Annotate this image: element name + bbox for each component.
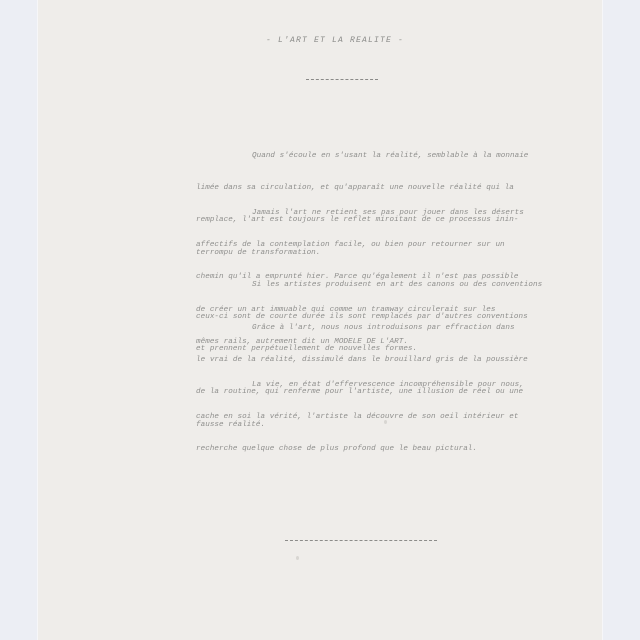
title-underline-divider <box>306 79 378 80</box>
paper-speck <box>296 556 299 560</box>
paragraph-line: Si les artistes produisent en art des ca… <box>196 280 542 291</box>
paragraph-line: La vie, en état d'effervescence incompré… <box>196 380 524 391</box>
typewritten-page: - L'ART ET LA REALITE - Quand s'écoule e… <box>38 0 602 640</box>
paper-speck <box>384 420 387 424</box>
document-title: - L'ART ET LA REALITE - <box>266 36 404 47</box>
paragraph-line: cache en soi la vérité, l'artiste la déc… <box>196 412 524 423</box>
paragraph-line: Grâce à l'art, nous nous introduisons pa… <box>196 323 528 334</box>
paragraph-line: Quand s'écoule en s'usant la réalité, se… <box>196 151 528 162</box>
paragraph-5: La vie, en état d'effervescence incompré… <box>196 358 524 477</box>
paragraph-line: affectifs de la contemplation facile, ou… <box>196 240 524 251</box>
closing-dashed-divider <box>285 540 437 541</box>
paragraph-line: Jamais l'art ne retient ses pas pour jou… <box>196 208 524 219</box>
paragraph-line: recherche quelque chose de plus profond … <box>196 444 524 455</box>
scanned-document-view: - L'ART ET LA REALITE - Quand s'écoule e… <box>0 0 640 640</box>
